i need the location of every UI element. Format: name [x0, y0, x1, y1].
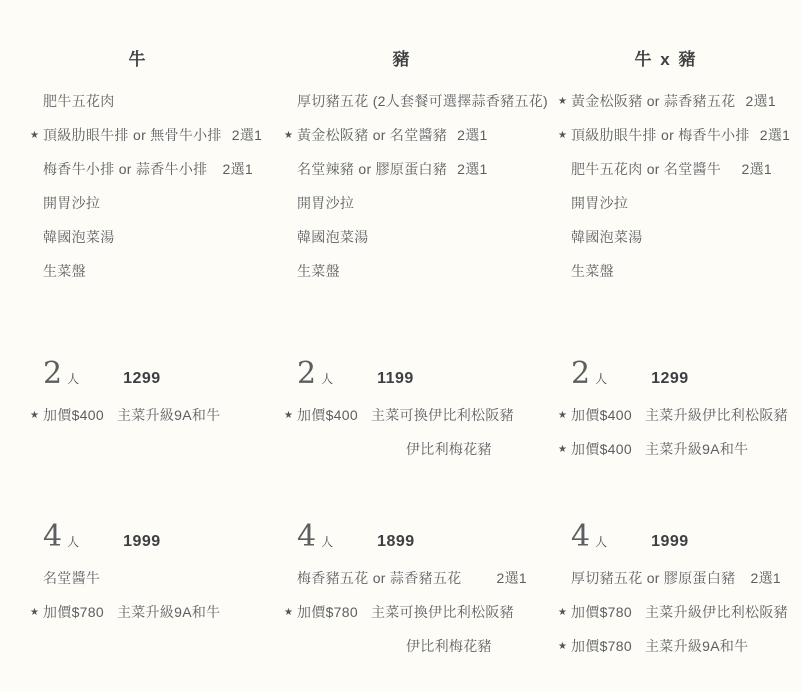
- menu-item: 肥牛五花肉: [18, 84, 258, 118]
- set-4-header: 4 人 1999: [18, 519, 258, 555]
- choice-badge: 2選1: [750, 125, 790, 145]
- addon-desc: 主菜可換伊比利松阪豬: [371, 405, 514, 425]
- menu-item: 韓國泡菜湯: [272, 220, 487, 254]
- set-size-number: 2: [297, 356, 316, 392]
- addon-price: 加價$400: [297, 405, 358, 425]
- menu-item: 生菜盤: [546, 254, 777, 288]
- set-2-header: 2 人 1299: [18, 356, 258, 392]
- choice-badge: 2選1: [487, 568, 527, 588]
- set-4-header: 4 人 1999: [546, 519, 786, 555]
- menu-item: 開胃沙拉: [546, 186, 777, 220]
- menu-item-label: 開胃沙拉: [571, 193, 628, 213]
- set-size-unit: 人: [321, 370, 333, 387]
- choice-badge: 2選1: [213, 159, 253, 179]
- addon-note-continued: 伊比利梅花豬: [272, 629, 532, 663]
- star-icon: ★: [30, 410, 43, 421]
- star-icon: ★: [284, 607, 297, 618]
- menu-item-label: 韓國泡菜湯: [43, 227, 115, 247]
- item-list: 肥牛五花肉 ★ 頂級肋眼牛排 or 無骨牛小排 2選1 梅香牛小排 or 蒜香牛…: [18, 84, 258, 288]
- addon-note: ★ 加價$780 主菜升級9A和牛: [546, 629, 786, 663]
- star-icon: ★: [284, 130, 297, 141]
- choice-badge: 2選1: [732, 159, 772, 179]
- set-size-number: 2: [43, 356, 62, 392]
- menu-item-label: 梅香豬五花 or 蒜香豬五花: [297, 568, 461, 588]
- set-size-unit: 人: [321, 533, 333, 550]
- addon-price: 加價$400: [43, 405, 104, 425]
- addon-price: 加價$400: [571, 405, 632, 425]
- choice-badge: 2選1: [447, 159, 487, 179]
- menu-item-label: 名堂辣豬 or 膠原蛋白豬: [297, 159, 447, 179]
- menu-item: 梅香豬五花 or 蒜香豬五花 2選1: [272, 561, 532, 595]
- addon-note-continued: 伊比利梅花豬: [272, 432, 532, 466]
- menu-item: 生菜盤: [18, 254, 258, 288]
- menu-item-label: 生菜盤: [297, 261, 340, 281]
- menu-item-label: 頂級肋眼牛排 or 無骨牛小排: [43, 125, 222, 145]
- addon-note: ★ 加價$780 主菜升級伊比利松阪豬: [546, 595, 786, 629]
- menu-item-label: 厚切豬五花 (2人套餐可選擇蒜香豬五花): [297, 91, 548, 111]
- set-2-notes: ★ 加價$400 主菜可換伊比利松阪豬 伊比利梅花豬: [272, 398, 532, 466]
- menu-item: 厚切豬五花 (2人套餐可選擇蒜香豬五花): [272, 84, 487, 118]
- item-list: 厚切豬五花 (2人套餐可選擇蒜香豬五花) ★ 黃金松阪豬 or 名堂醬豬 2選1…: [272, 84, 487, 288]
- menu-item-label: 厚切豬五花 or 膠原蛋白豬: [571, 568, 735, 588]
- set-size-number: 4: [297, 519, 316, 555]
- set-2-header: 2 人 1199: [272, 356, 532, 392]
- addon-desc: 主菜可換伊比利松阪豬: [371, 602, 514, 622]
- set-size-unit: 人: [67, 370, 79, 387]
- column-title: 牛 x 豬: [546, 48, 786, 72]
- star-icon: ★: [30, 607, 43, 618]
- column-title: 牛: [18, 48, 258, 72]
- menu-item: 厚切豬五花 or 膠原蛋白豬 2選1: [546, 561, 786, 595]
- set-size-unit: 人: [595, 370, 607, 387]
- addon-price: 加價$780: [297, 602, 358, 622]
- choice-badge: 2選1: [447, 125, 487, 145]
- star-icon: ★: [558, 607, 571, 618]
- set-price: 1199: [377, 370, 414, 388]
- menu-item-label: 名堂醬牛: [43, 568, 100, 588]
- addon-price: 加價$400: [571, 439, 632, 459]
- menu-item-label: 梅香牛小排 or 蒜香牛小排: [43, 159, 207, 179]
- star-icon: ★: [30, 130, 43, 141]
- menu-item-label: 開胃沙拉: [43, 193, 100, 213]
- set-size-unit: 人: [67, 533, 79, 550]
- menu-item: 開胃沙拉: [18, 186, 258, 220]
- set-price: 1999: [123, 533, 161, 551]
- addon-desc: 主菜升級9A和牛: [645, 439, 749, 459]
- menu-item: 生菜盤: [272, 254, 487, 288]
- star-icon: ★: [558, 410, 571, 421]
- menu-item-label: 生菜盤: [43, 261, 86, 281]
- addon-note: ★ 加價$780 主菜升級9A和牛: [18, 595, 258, 629]
- addon-note: ★ 加價$400 主菜可換伊比利松阪豬: [272, 398, 532, 432]
- addon-desc: 伊比利梅花豬: [406, 636, 492, 656]
- menu-item: 名堂辣豬 or 膠原蛋白豬 2選1: [272, 152, 487, 186]
- addon-desc: 主菜升級9A和牛: [117, 405, 221, 425]
- addon-note: ★ 加價$780 主菜可換伊比利松阪豬: [272, 595, 532, 629]
- set-price: 1899: [377, 533, 415, 551]
- menu-item: 韓國泡菜湯: [546, 220, 777, 254]
- menu-item-label: 黃金松阪豬 or 名堂醬豬: [297, 125, 447, 145]
- menu-item-label: 韓國泡菜湯: [297, 227, 369, 247]
- set-2-notes: ★ 加價$400 主菜升級9A和牛: [18, 398, 258, 466]
- set-size-number: 4: [571, 519, 590, 555]
- menu-column-pork: 豬 厚切豬五花 (2人套餐可選擇蒜香豬五花) ★ 黃金松阪豬 or 名堂醬豬 2…: [272, 48, 532, 663]
- set-size-number: 4: [43, 519, 62, 555]
- menu-item-label: 黃金松阪豬 or 蒜香豬五花: [571, 91, 735, 111]
- menu-item: ★ 頂級肋眼牛排 or 無骨牛小排 2選1: [18, 118, 258, 152]
- menu-item: ★ 頂級肋眼牛排 or 梅香牛小排 2選1: [546, 118, 777, 152]
- star-icon: ★: [558, 130, 571, 141]
- addon-desc: 主菜升級9A和牛: [117, 602, 221, 622]
- menu-column-beef-pork: 牛 x 豬 ★ 黃金松阪豬 or 蒜香豬五花 2選1 ★ 頂級肋眼牛排 or 梅…: [546, 48, 786, 663]
- menu-item: 名堂醬牛: [18, 561, 258, 595]
- addon-note: ★ 加價$400 主菜升級伊比利松阪豬: [546, 398, 786, 432]
- menu-item: ★ 黃金松阪豬 or 名堂醬豬 2選1: [272, 118, 487, 152]
- menu-item-label: 開胃沙拉: [297, 193, 354, 213]
- addon-price: 加價$780: [571, 636, 632, 656]
- set-2-header: 2 人 1299: [546, 356, 786, 392]
- menu-column-beef: 牛 肥牛五花肉 ★ 頂級肋眼牛排 or 無骨牛小排 2選1 梅香牛小排 or 蒜…: [18, 48, 258, 663]
- set-2-notes: ★ 加價$400 主菜升級伊比利松阪豬 ★ 加價$400 主菜升級9A和牛: [546, 398, 786, 466]
- set-price: 1299: [651, 370, 689, 388]
- set-4-header: 4 人 1899: [272, 519, 532, 555]
- menu-item-label: 生菜盤: [571, 261, 614, 281]
- addon-price: 加價$780: [571, 602, 632, 622]
- set-4-rows: 名堂醬牛 ★ 加價$780 主菜升級9A和牛: [18, 561, 258, 629]
- addon-note: ★ 加價$400 主菜升級9A和牛: [18, 398, 258, 432]
- set-size-number: 2: [571, 356, 590, 392]
- set-price: 1999: [651, 533, 689, 551]
- choice-badge: 2選1: [735, 91, 775, 111]
- addon-desc: 主菜升級伊比利松阪豬: [645, 602, 788, 622]
- addon-desc: 伊比利梅花豬: [406, 439, 492, 459]
- addon-desc: 主菜升級伊比利松阪豬: [645, 405, 788, 425]
- set-4-rows: 厚切豬五花 or 膠原蛋白豬 2選1 ★ 加價$780 主菜升級伊比利松阪豬 ★…: [546, 561, 786, 663]
- menu-item-label: 韓國泡菜湯: [571, 227, 643, 247]
- column-title: 豬: [272, 48, 532, 72]
- star-icon: ★: [558, 96, 571, 107]
- menu-item-label: 頂級肋眼牛排 or 梅香牛小排: [571, 125, 750, 145]
- set-price: 1299: [123, 370, 161, 388]
- menu-item-label: 肥牛五花肉 or 名堂醬牛: [571, 159, 721, 179]
- star-icon: ★: [284, 410, 297, 421]
- menu-item: 肥牛五花肉 or 名堂醬牛 2選1: [546, 152, 777, 186]
- menu-item: 梅香牛小排 or 蒜香牛小排 2選1: [18, 152, 258, 186]
- menu-item: 韓國泡菜湯: [18, 220, 258, 254]
- star-icon: ★: [558, 641, 571, 652]
- addon-desc: 主菜升級9A和牛: [645, 636, 749, 656]
- menu-item: ★ 黃金松阪豬 or 蒜香豬五花 2選1: [546, 84, 777, 118]
- choice-badge: 2選1: [222, 125, 262, 145]
- menu-item: 開胃沙拉: [272, 186, 487, 220]
- set-menu: 牛 肥牛五花肉 ★ 頂級肋眼牛排 or 無骨牛小排 2選1 梅香牛小排 or 蒜…: [0, 0, 802, 663]
- item-list: ★ 黃金松阪豬 or 蒜香豬五花 2選1 ★ 頂級肋眼牛排 or 梅香牛小排 2…: [546, 84, 777, 288]
- set-size-unit: 人: [595, 533, 607, 550]
- star-icon: ★: [558, 444, 571, 455]
- choice-badge: 2選1: [741, 568, 781, 588]
- set-4-rows: 梅香豬五花 or 蒜香豬五花 2選1 ★ 加價$780 主菜可換伊比利松阪豬 伊…: [272, 561, 532, 663]
- menu-item-label: 肥牛五花肉: [43, 91, 115, 111]
- addon-note: ★ 加價$400 主菜升級9A和牛: [546, 432, 786, 466]
- addon-price: 加價$780: [43, 602, 104, 622]
